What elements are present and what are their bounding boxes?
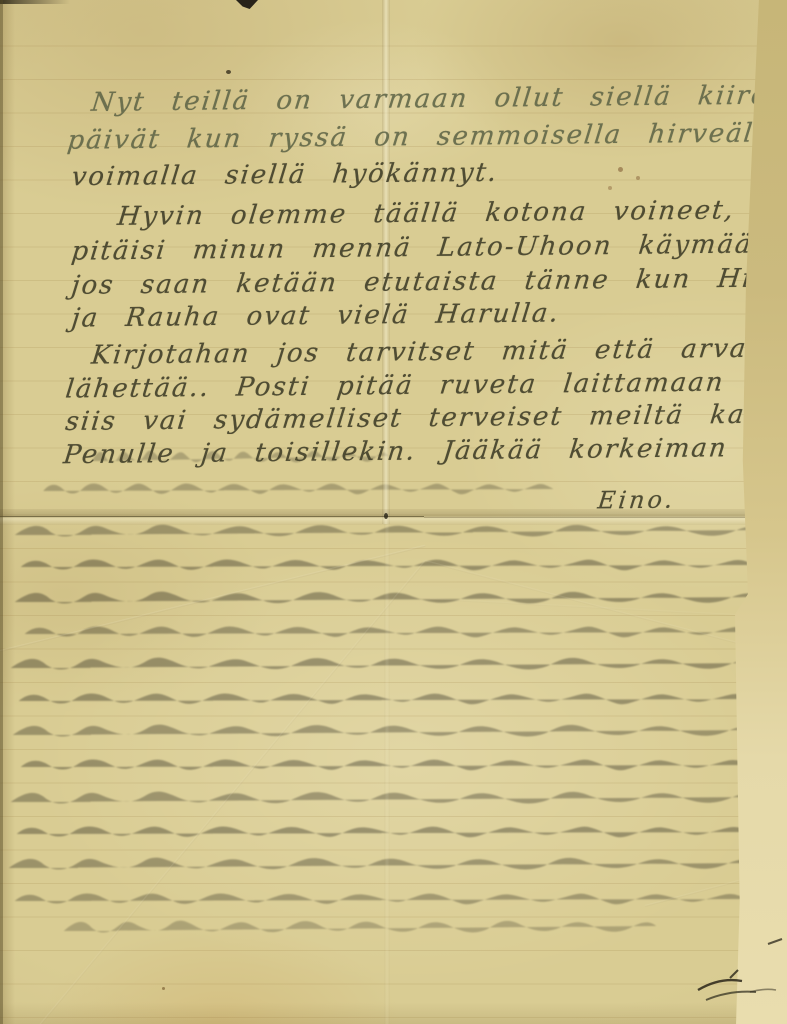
bleed-through-line (20, 620, 765, 642)
signature: Eino. (596, 486, 677, 515)
stain-fleck (618, 167, 623, 172)
letter-line: ja Rauha ovat vielä Harulla. (70, 298, 562, 333)
ink-blot (226, 70, 231, 74)
fold-hairline (0, 516, 424, 517)
bleed-through-line (4, 853, 762, 875)
letter-line: voimalla siellä hyökännyt. (70, 158, 500, 192)
bleed-through-line (40, 477, 560, 499)
ink-blot (384, 513, 388, 519)
bleed-through-line (60, 916, 660, 938)
scan-edge-shadow (0, 0, 70, 4)
ink-scribble-mark (690, 930, 787, 1005)
scanned-letter: Nyt teillä on varmaan ollut siellä kiire… (0, 0, 787, 1024)
scan-edge-shadow (0, 0, 3, 1024)
stain-fleck (608, 186, 612, 190)
stain-fleck (162, 987, 165, 990)
vertical-fold-crease-lower (384, 524, 390, 1024)
stain-fleck (636, 176, 640, 180)
fold-hairline (424, 517, 787, 518)
bleed-through-line (16, 553, 766, 575)
